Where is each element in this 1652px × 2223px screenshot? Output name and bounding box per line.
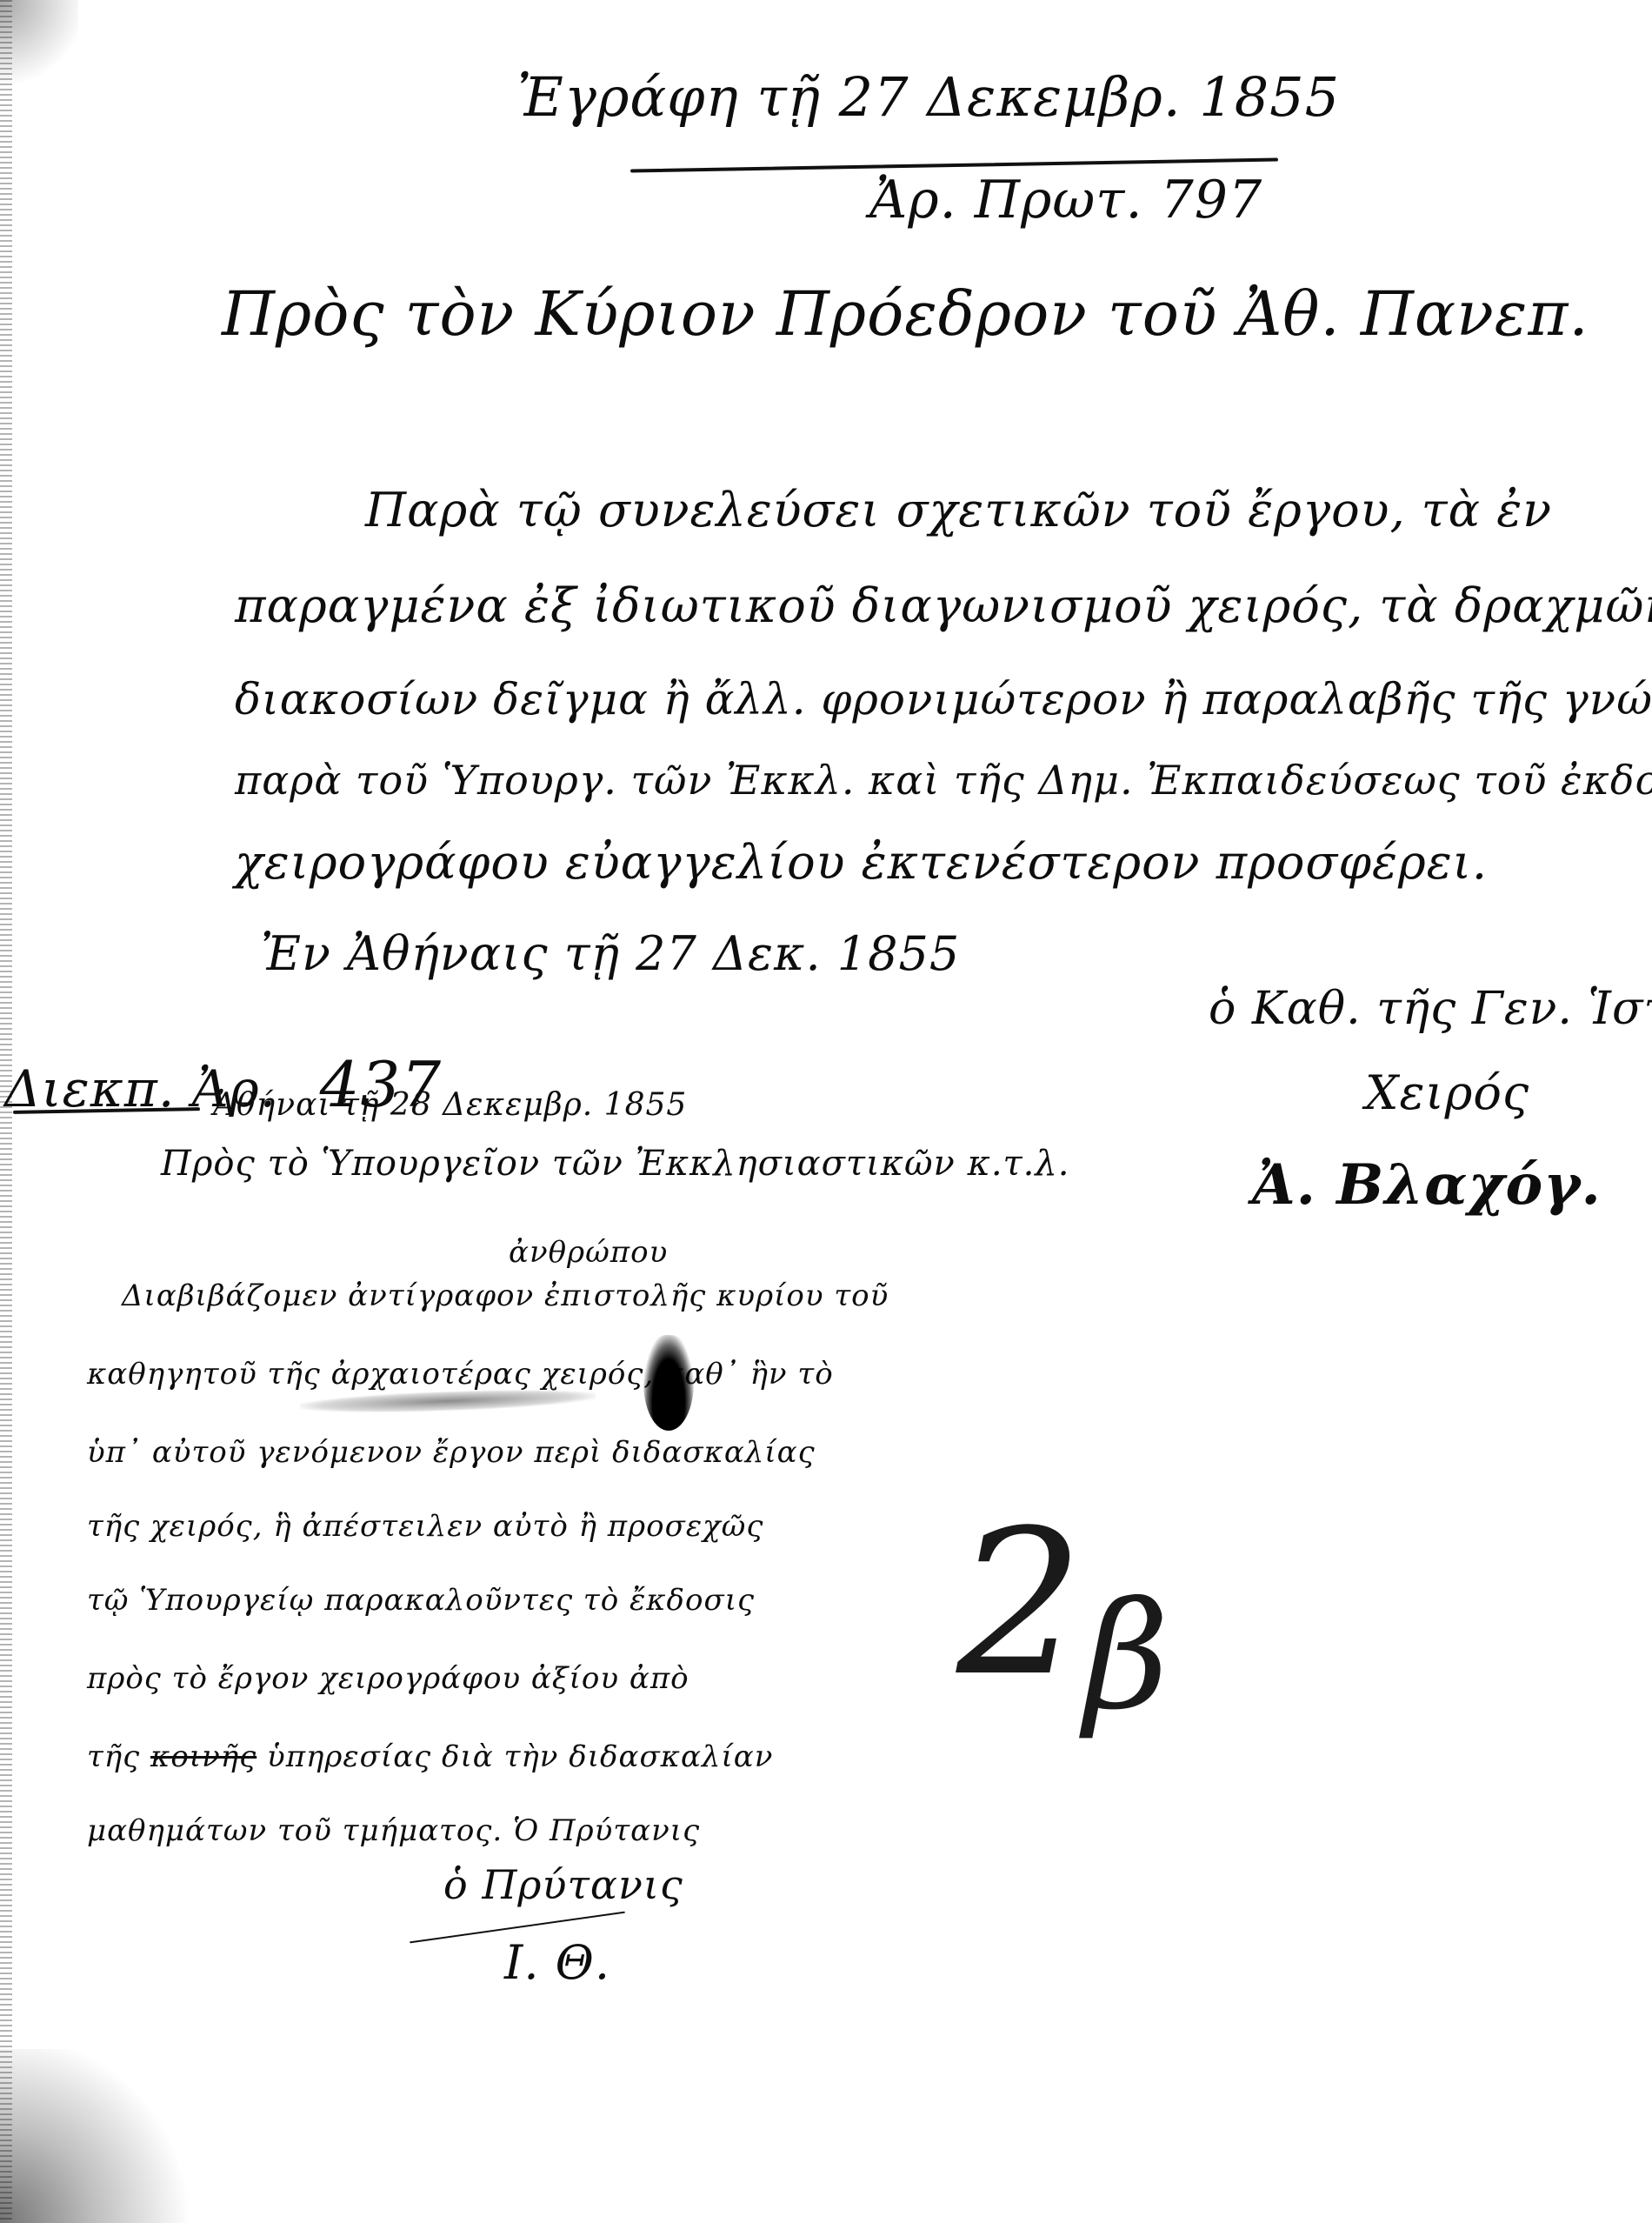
folio-numeral: 2: [956, 1488, 1083, 1720]
reply-initials: Ι. Θ.: [504, 1935, 610, 1990]
protocol-number: Ἀρ. Πρωτ. 797: [869, 170, 1262, 230]
reply-line-4: τῆς χειρός, ἣ ἀπέστειλεν αὐτὸ ἢ προσεχῶς: [87, 1509, 763, 1544]
reply-line-5: τῷ Ὑπουργείῳ παρακαλοῦντες τὸ ἔκδοσις: [87, 1583, 755, 1618]
body-line-3: διακοσίων δεῖγμα ἢ ἄλλ. φρονιμώτερον ἢ π…: [235, 674, 1652, 724]
folio-suffix: β: [1083, 1571, 1169, 1743]
reply-line-3: ὑπ᾽ αὐτοῦ γενόμενον ἔργον περὶ διδασκαλί…: [87, 1435, 816, 1470]
signature-role: Χειρός: [1365, 1065, 1529, 1120]
manuscript-page: Ἐγράφη τῇ 27 Δεκεμβρ. 1855 Ἀρ. Πρωτ. 797…: [0, 0, 1652, 2223]
scan-corner-noise-bottom: [0, 2049, 209, 2223]
reply-line-7: τῆς κοινῆς ὑπηρεσίας διὰ τὴν διδασκαλίαν: [87, 1739, 773, 1774]
body-line-2: παραγμένα ἐξ ἰδιωτικοῦ διαγωνισμοῦ χειρό…: [235, 578, 1652, 633]
folio-mark: 2β: [956, 1505, 1169, 1705]
reply-interlinear-insertion: ἀνθρώπου: [509, 1235, 668, 1270]
reply-line-8: μαθημάτων τοῦ τμήματος. Ὁ Πρύτανις: [87, 1813, 700, 1848]
body-line-5: χειρογράφου εὐαγγελίου ἐκτενέστερον προσ…: [235, 835, 1488, 890]
reply-date: Ἀθήναι τῇ 28 Δεκεμβρ. 1855: [213, 1087, 687, 1123]
reply-closing: ὁ Πρύτανις: [443, 1861, 683, 1908]
signature-name: Ἀ. Βλαχόγ.: [1252, 1152, 1602, 1218]
registry-note: Ἐγράφη τῇ 27 Δεκεμβρ. 1855: [517, 65, 1340, 129]
reply-line-6: πρὸς τὸ ἔργον χειρογράφου ἀξίου ἀπὸ: [87, 1661, 689, 1696]
dateline: Ἐν Ἀθήναις τῇ 27 Δεκ. 1855: [261, 926, 960, 981]
reply-line-7-rest: ὑπηρεσίας διὰ τὴν διδασκαλίαν: [267, 1739, 773, 1774]
body-line-4: παρὰ τοῦ Ὑπουργ. τῶν Ἐκκλ. καὶ τῆς Δημ. …: [235, 757, 1652, 804]
reply-line-2: καθηγητοῦ τῆς ἀρχαιοτέρας χειρός, καθ᾽ ἣ…: [87, 1357, 834, 1392]
reply-subject: Πρὸς τὸ Ὑπουργεῖον τῶν Ἐκκλησιαστικῶν κ.…: [161, 1144, 1069, 1184]
reply-line-7-prefix: τῆς: [87, 1739, 150, 1774]
struck-word: κοινῆς: [150, 1739, 256, 1774]
body-line-1: Παρὰ τῷ συνελεύσει σχετικῶν τοῦ ἔργου, τ…: [365, 483, 1552, 537]
ink-blot: [643, 1335, 694, 1431]
address-line: Πρὸς τὸν Κύριον Πρόεδρον τοῦ Ἀθ. Πανεπ.: [222, 278, 1589, 350]
reply-line-1: Διαβιβάζομεν ἀντίγραφον ἐπιστολῆς κυρίου…: [122, 1278, 889, 1313]
scan-corner-noise-top: [0, 0, 78, 96]
signature-title: ὁ Καθ. τῆς Γεν. Ἱστ.: [1209, 983, 1652, 1035]
